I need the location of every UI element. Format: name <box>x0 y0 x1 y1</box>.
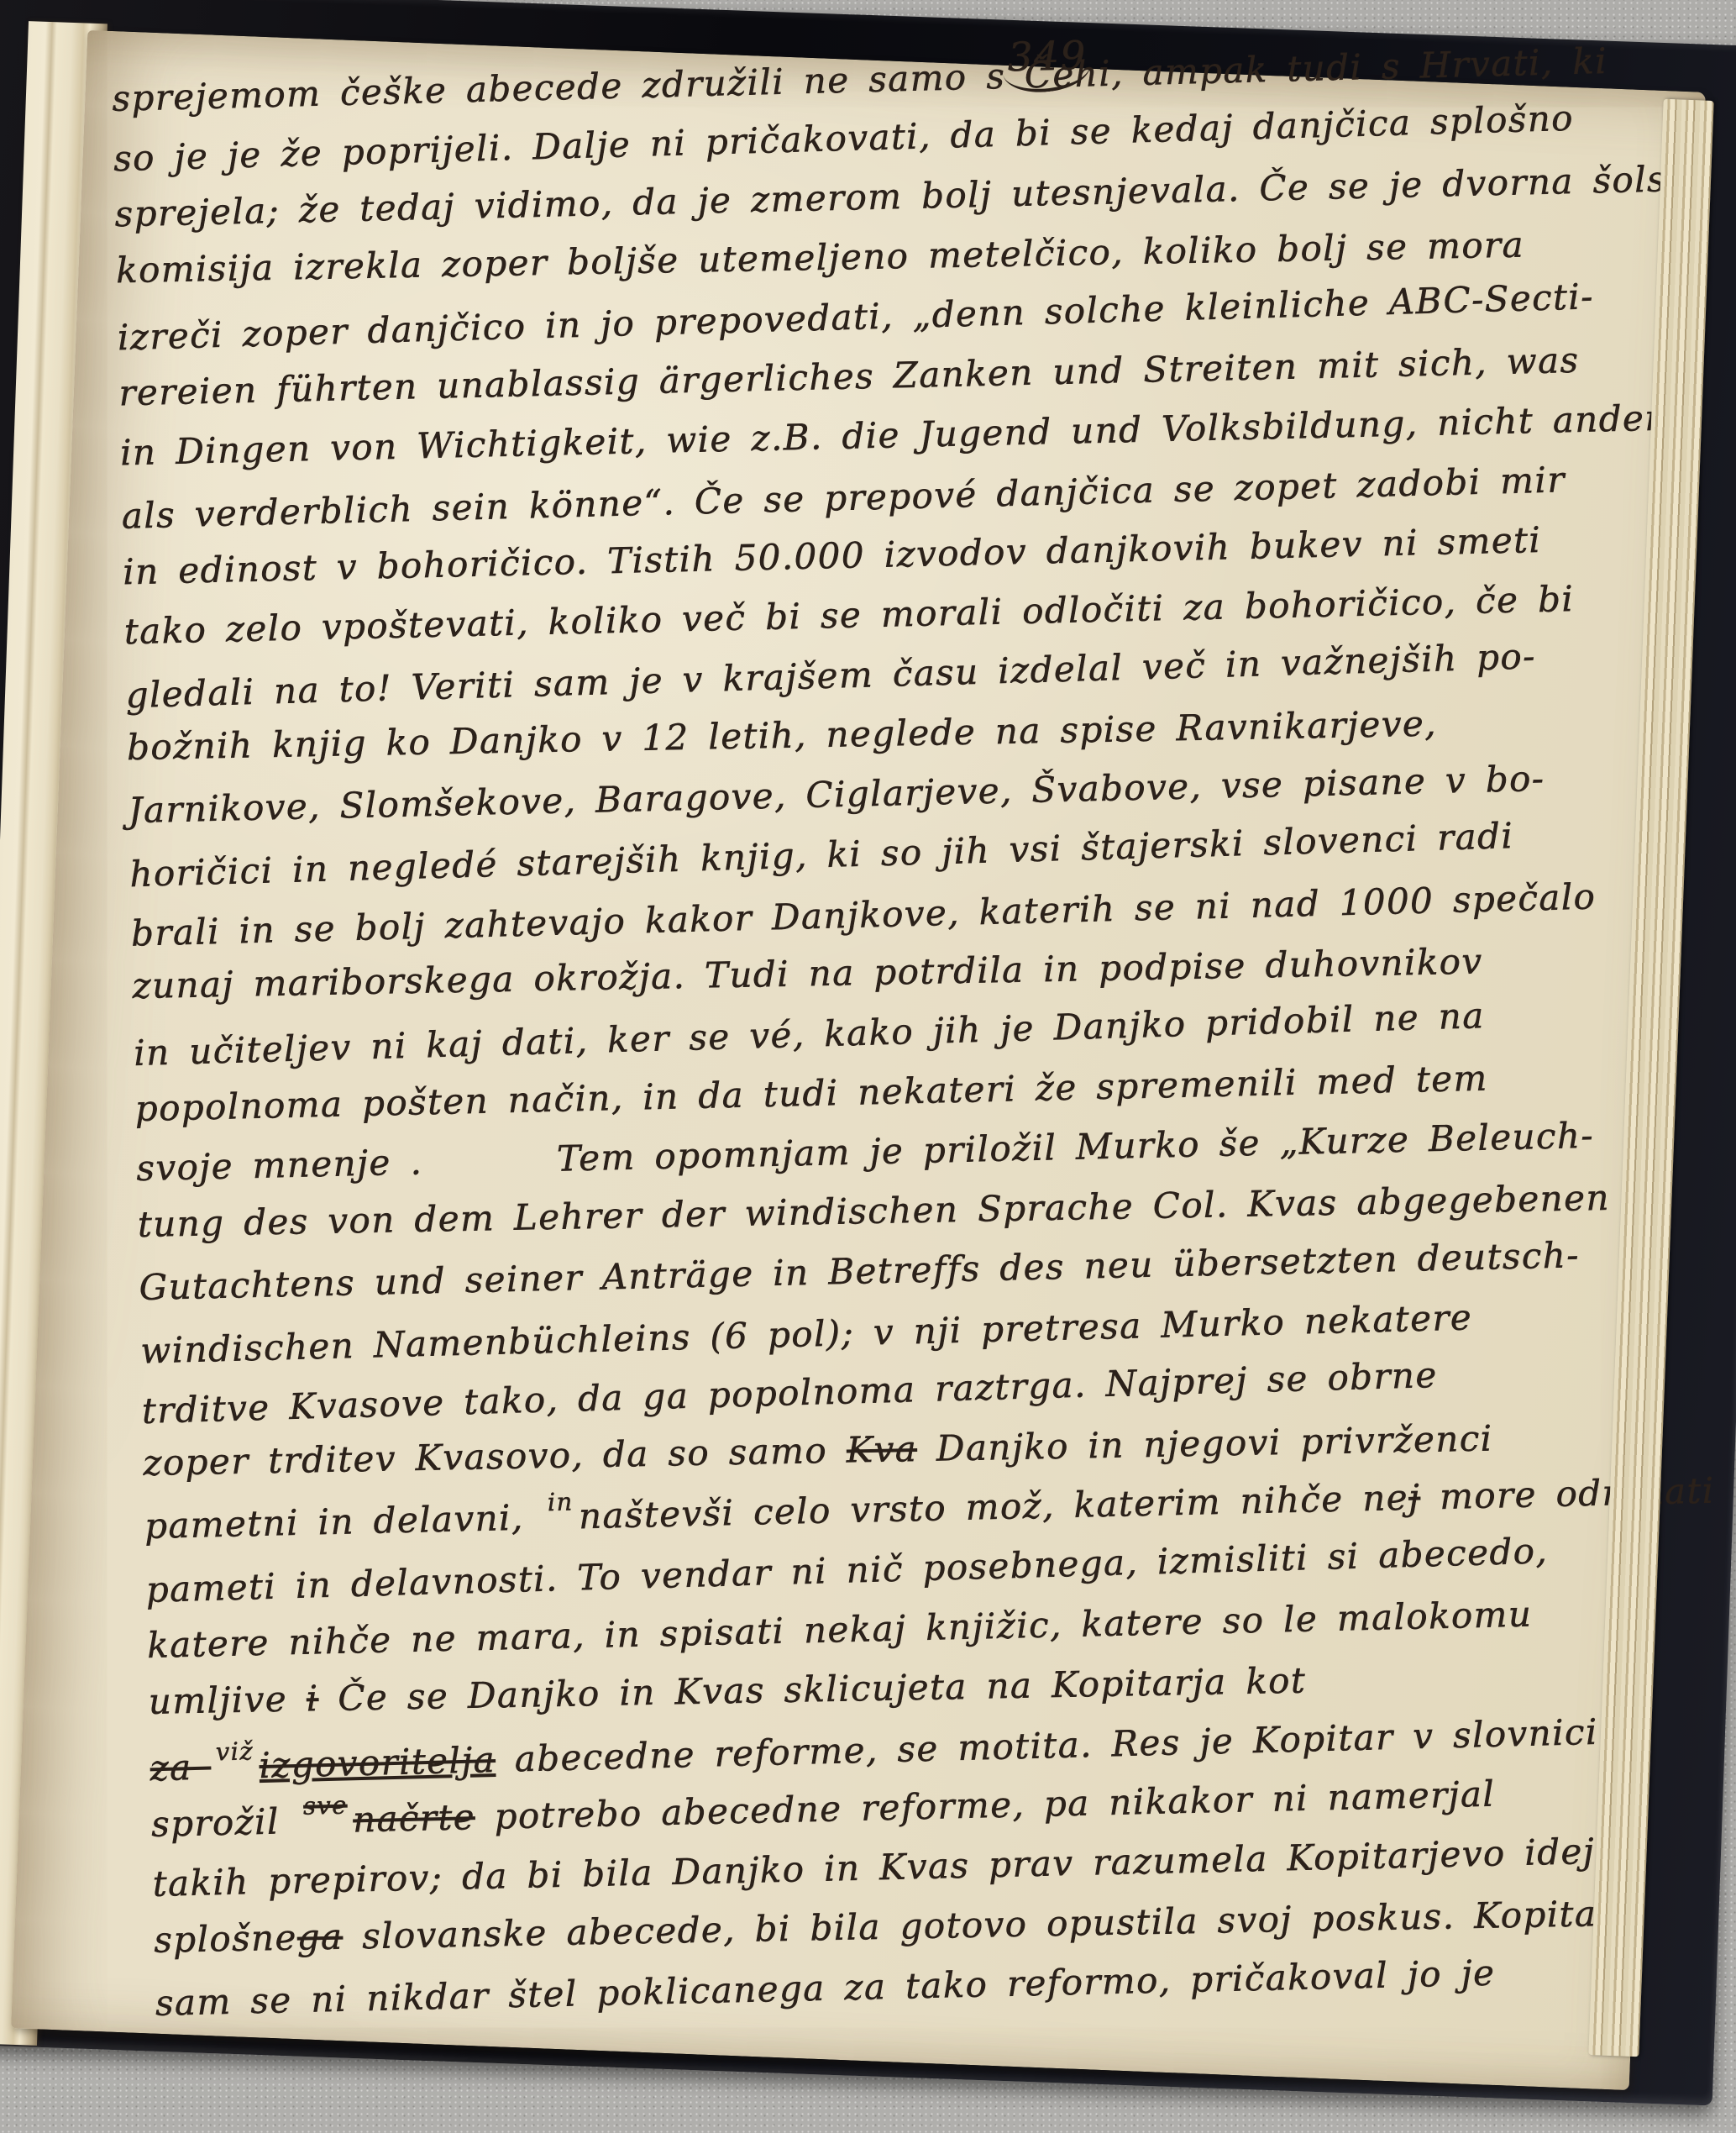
text-segment: umljive <box>148 1678 307 1721</box>
text-segment: more odrekati <box>1420 1470 1715 1518</box>
text-segment: Danjko in njegovi privrženci <box>917 1417 1493 1469</box>
struck-text: Kva <box>846 1428 917 1471</box>
text-segment: zoper trditev Kvasovo, da so samo <box>143 1430 847 1484</box>
photo-background: 349 sprejemom češke abecede združili ne … <box>0 0 1736 2133</box>
inserted-text: viž <box>215 1724 254 1778</box>
struck-text: sve <box>302 1778 348 1833</box>
text-segment: splošne <box>154 1917 297 1961</box>
struck-text: i <box>306 1678 319 1719</box>
struck-text: načrte <box>353 1796 476 1840</box>
struck-text: izgovoritelja <box>259 1739 496 1786</box>
struck-text: za <box>149 1747 212 1789</box>
struck-text: ga <box>296 1916 344 1958</box>
text-segment: svoje mnenje . <box>136 1141 423 1189</box>
struck-text: j <box>1408 1477 1421 1518</box>
inserted-text: in <box>547 1474 574 1529</box>
handwritten-text-block: 349 sprejemom češke abecede združili ne … <box>112 33 1735 2036</box>
text-segment: Če se Danjko in Kvas sklicujeta na Kopit… <box>318 1660 1306 1720</box>
manuscript-page: 349 sprejemom češke abecede združili ne … <box>11 30 1706 2090</box>
text-segment: pametni in delavni, <box>144 1496 543 1547</box>
text-segment: sprožil <box>151 1800 299 1845</box>
